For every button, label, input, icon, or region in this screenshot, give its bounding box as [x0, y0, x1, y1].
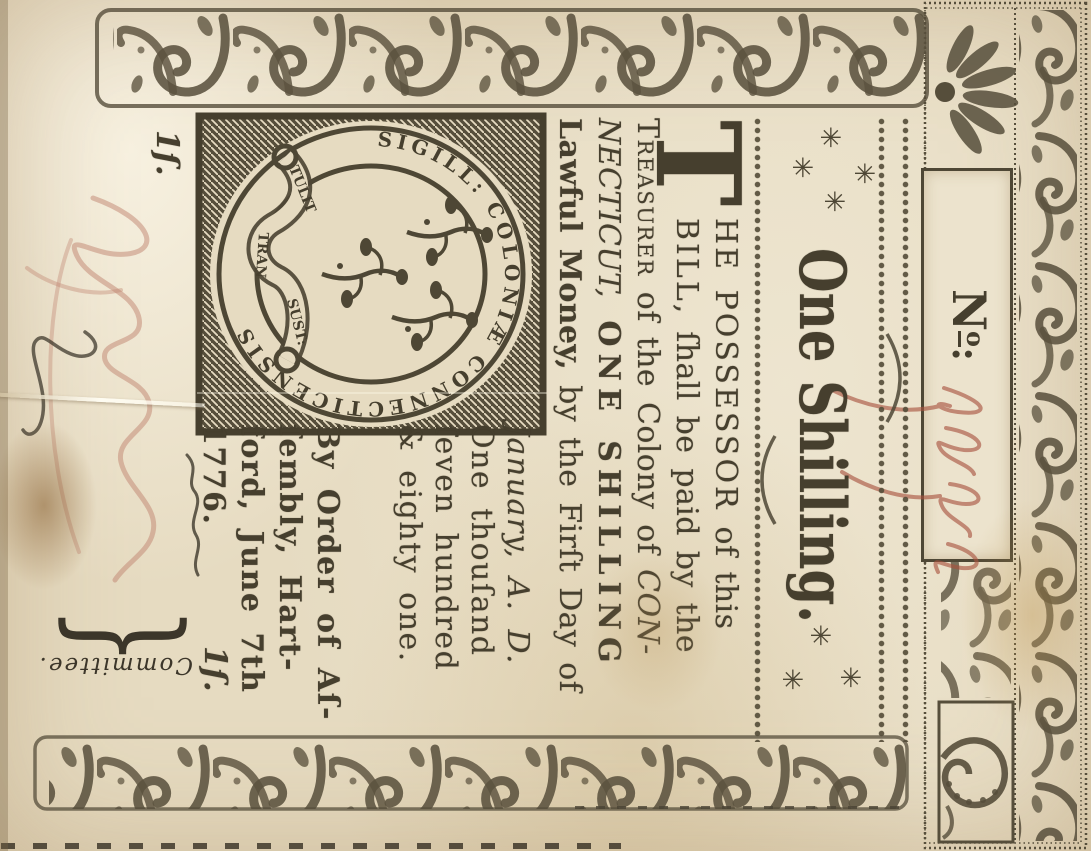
fan-ornament	[935, 22, 1019, 158]
serial-number-panel: No:	[921, 168, 1013, 562]
committee-label: Committee.	[21, 652, 193, 678]
connecticut-colony-seal: SIGILL: COLONIÆ CONNECTICENSIS	[195, 112, 547, 436]
bill-rotated-content: No: ✳ ✳ ✳ ✳ One	[0, 0, 1091, 851]
date-line-4: & eighty one.	[392, 424, 427, 663]
paisley-ornament	[943, 740, 1005, 838]
motto-segment: TRAN	[252, 232, 271, 279]
right-border-ornament	[27, 735, 909, 811]
asterisk-cluster-left: ✳ ✳ ✳ ✳	[779, 126, 879, 226]
left-border-ornament	[89, 4, 929, 112]
trim-dash-line	[575, 806, 905, 809]
beaded-rule	[754, 118, 761, 742]
asterisk-icon: ✳	[776, 668, 807, 691]
scan-edge-shade	[0, 0, 8, 851]
denomination-headline: One Shilling.	[784, 248, 859, 623]
date-line-2: One thouſand	[464, 424, 499, 656]
order-line-3: ford, June 7th	[234, 424, 269, 693]
order-line-1: By Order of Aſ-	[310, 424, 345, 721]
asterisk-icon: ✳	[818, 190, 849, 213]
asterisk-icon: ✳	[848, 162, 879, 185]
beaded-rule	[878, 118, 885, 742]
date-line-3: ſeven hundred	[428, 424, 463, 671]
body-line-5: Lawful Money, by the Firſt Day of	[552, 118, 587, 758]
stain-blot	[588, 548, 723, 713]
scan-edge-marks	[1, 843, 621, 849]
swash-paren	[883, 330, 907, 426]
paper-crease	[197, 392, 547, 394]
currency-note-scan: No: ✳ ✳ ✳ ✳ One	[0, 0, 1091, 851]
asterisk-icon: ✳	[814, 126, 845, 149]
denomination-mark: 1ſ.	[149, 130, 185, 176]
date-line-1: January, A. D.	[500, 424, 535, 665]
order-line-2: ſembly, Hart-	[272, 424, 307, 672]
asterisk-icon: ✳	[786, 156, 817, 179]
beaded-rule	[902, 118, 909, 742]
asterisk-icon: ✳	[834, 666, 865, 689]
asterisk-icon: ✳	[804, 624, 835, 647]
no-label: No:	[942, 289, 996, 361]
asterisk-cluster-right: ✳ ✳ ✳	[765, 624, 865, 714]
